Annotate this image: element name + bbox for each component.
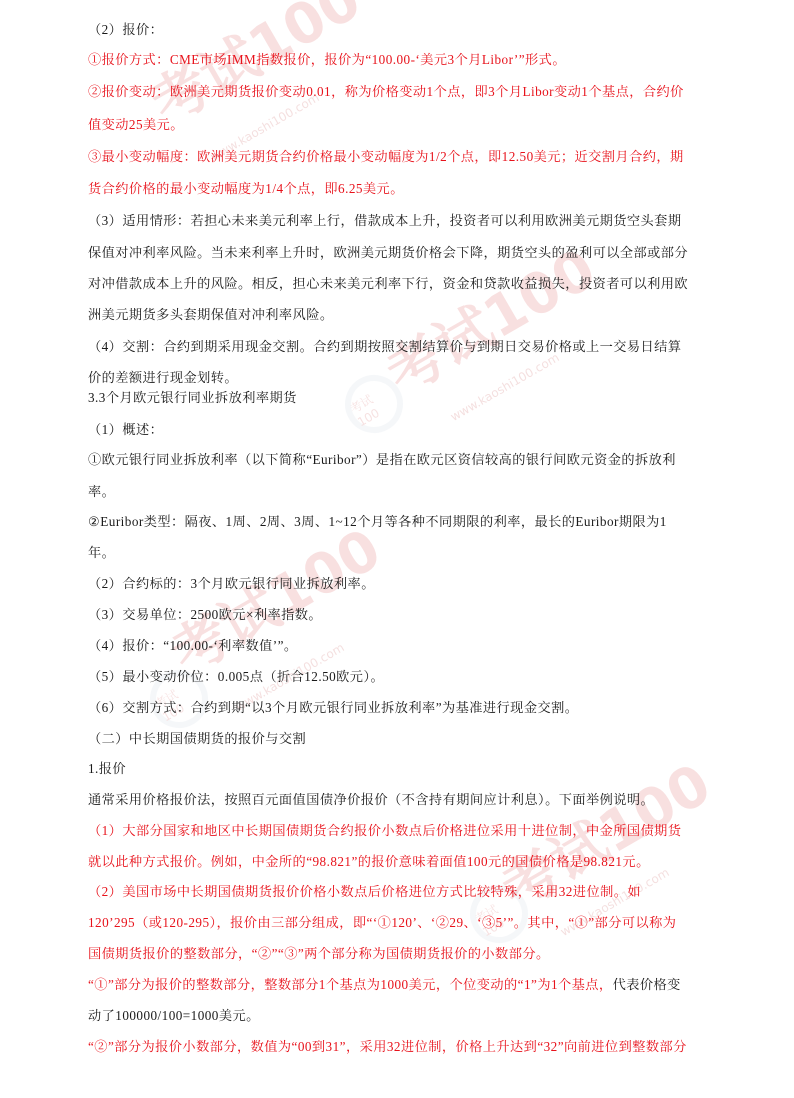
text-line: 120’295（或120-295），报价由三部分组成，即“‘①120’、‘②29… xyxy=(88,914,728,932)
text-line: （1）大部分国家和地区中长期国债期货合约报价小数点后价格进位采用十进位制，中金所… xyxy=(88,822,728,840)
text-line: 就以此种方式报价。例如，中金所的“98.821”的报价意味着面值100元的国债价… xyxy=(88,853,728,871)
document-page: 考试100 www.kaoshi100.com 考试100 www.kaoshi… xyxy=(0,0,794,1098)
text-line: （3）适用情形：若担心未来美元利率上行，借款成本上升，投资者可以利用欧洲美元期货… xyxy=(88,212,728,230)
text-segment: 3.3个月欧元银行同业拆放利率期货 xyxy=(88,390,297,405)
text-segment: 代表价格变 xyxy=(613,977,681,992)
text-segment: （6）交割方式：合约到期“以3个月欧元银行同业拆放利率”为基准进行现金交割。 xyxy=(88,700,578,715)
text-segment: 1.报价 xyxy=(88,761,126,776)
text-line: （3）交易单位：2500欧元×利率指数。 xyxy=(88,606,728,624)
text-line: （1）概述： xyxy=(88,421,728,439)
text-line: 值变动25美元。 xyxy=(88,116,728,134)
text-line: 价的差额进行现金划转。 xyxy=(88,369,728,387)
text-line: 对冲借款成本上升的风险。相反，担心未来美元利率下行，资金和贷款收益损失，投资者可… xyxy=(88,275,728,293)
text-line: 国债期货报价的整数部分，“②”“③”两个部分称为国债期货报价的小数部分。 xyxy=(88,945,728,963)
text-segment: ②Euribor类型：隔夜、1周、2周、3周、1~12个月等各种不同期限的利率，… xyxy=(88,514,667,529)
text-segment: （1）概述： xyxy=(88,422,163,437)
text-line: （2）合约标的：3个月欧元银行同业拆放利率。 xyxy=(88,575,728,593)
text-segment: ①报价方式：CME市场IMM指数报价，报价为“100.00-‘美元3个月Libo… xyxy=(88,52,566,67)
text-segment: （3）交易单位：2500欧元×利率指数。 xyxy=(88,607,322,622)
text-segment: ③最小变动幅度：欧洲美元期货合约价格最小变动幅度为1/2个点，即12.50美元；… xyxy=(88,149,684,164)
text-segment: 动了100000/100=1000美元。 xyxy=(88,1008,260,1023)
text-segment: （2）美国市场中长期国债期货报价价格小数点后价格进位方式比较特殊，采用32进位制… xyxy=(88,884,641,899)
text-line: “②”部分为报价小数部分，数值为“00到31”，采用32进位制，价格上升达到“3… xyxy=(88,1038,728,1056)
text-segment: 就以此种方式报价。例如，中金所的“98.821”的报价意味着面值100元的国债价… xyxy=(88,854,650,869)
text-line: ②报价变动：欧洲美元期货报价变动0.01，称为价格变动1个点，即3个月Libor… xyxy=(88,83,728,101)
text-line: ②Euribor类型：隔夜、1周、2周、3周、1~12个月等各种不同期限的利率，… xyxy=(88,513,728,531)
text-line: ③最小变动幅度：欧洲美元期货合约价格最小变动幅度为1/2个点，即12.50美元；… xyxy=(88,148,728,166)
text-segment: （4）报价：“100.00-‘利率数值’”。 xyxy=(88,638,298,653)
text-line: （6）交割方式：合约到期“以3个月欧元银行同业拆放利率”为基准进行现金交割。 xyxy=(88,699,728,717)
text-segment: （二）中长期国债期货的报价与交割 xyxy=(88,731,306,746)
text-segment: （2）合约标的：3个月欧元银行同业拆放利率。 xyxy=(88,576,375,591)
text-segment: 率。 xyxy=(88,484,115,499)
text-line: （2）美国市场中长期国债期货报价价格小数点后价格进位方式比较特殊，采用32进位制… xyxy=(88,883,728,901)
text-segment: ②报价变动：欧洲美元期货报价变动0.01，称为价格变动1个点，即3个月Libor… xyxy=(88,84,684,99)
text-line: 率。 xyxy=(88,483,728,501)
text-segment: ①欧元银行同业拆放利率（以下简称“Euribor”）是指在欧元区资信较高的银行间… xyxy=(88,452,676,467)
text-segment: 洲美元期货多头套期保值对冲利率风险。 xyxy=(88,307,333,322)
text-segment: 对冲借款成本上升的风险。相反，担心未来美元利率下行，资金和贷款收益损失，投资者可… xyxy=(88,276,688,291)
text-segment: 货合约价格的最小变动幅度为1/4个点，即6.25美元。 xyxy=(88,181,404,196)
watermark-text: 考试100 xyxy=(155,506,393,690)
text-segment: “②”部分为报价小数部分，数值为“00到31”，采用32进位制，价格上升达到“3… xyxy=(88,1039,687,1054)
text-line: （二）中长期国债期货的报价与交割 xyxy=(88,730,728,748)
text-line: 年。 xyxy=(88,544,728,562)
text-segment: 价的差额进行现金划转。 xyxy=(88,370,238,385)
text-segment: 120’295（或120-295），报价由三部分组成，即“‘①120’、‘②29… xyxy=(88,915,676,930)
text-segment: （3）适用情形：若担心未来美元利率上行，借款成本上升，投资者可以利用欧洲美元期货… xyxy=(88,213,681,228)
text-segment: （5）最小变动价位：0.005点（折合12.50欧元）。 xyxy=(88,669,384,684)
text-segment: 保值对冲利率风险。当未来利率上升时，欧洲美元期货价格会下降，期货空头的盈利可以全… xyxy=(88,245,688,260)
text-segment: （4）交割：合约到期采用现金交割。合约到期按照交割结算价与到期日交易价格或上一交… xyxy=(88,339,681,354)
text-segment: 国债期货报价的整数部分，“②”“③”两个部分称为国债期货报价的小数部分。 xyxy=(88,946,550,961)
text-line: （4）交割：合约到期采用现金交割。合约到期按照交割结算价与到期日交易价格或上一交… xyxy=(88,338,728,356)
text-line: 3.3个月欧元银行同业拆放利率期货 xyxy=(88,389,728,407)
text-line: 保值对冲利率风险。当未来利率上升时，欧洲美元期货价格会下降，期货空头的盈利可以全… xyxy=(88,244,728,262)
text-line: 货合约价格的最小变动幅度为1/4个点，即6.25美元。 xyxy=(88,180,728,198)
text-line: （2）报价： xyxy=(88,21,728,39)
text-line: 1.报价 xyxy=(88,760,728,778)
text-line: 洲美元期货多头套期保值对冲利率风险。 xyxy=(88,306,728,324)
text-segment: 年。 xyxy=(88,545,115,560)
text-line: ①欧元银行同业拆放利率（以下简称“Euribor”）是指在欧元区资信较高的银行间… xyxy=(88,451,728,469)
text-segment: （2）报价： xyxy=(88,22,163,37)
text-segment: 通常采用价格报价法，按照百元面值国债净价报价（不含持有期间应计利息）。下面举例说… xyxy=(88,792,654,807)
text-line: （4）报价：“100.00-‘利率数值’”。 xyxy=(88,637,728,655)
text-line: （5）最小变动价位：0.005点（折合12.50欧元）。 xyxy=(88,668,728,686)
text-segment: “①”部分为报价的整数部分，整数部分1个基点为1000美元，个位变动的“1”为1… xyxy=(88,977,613,992)
text-segment: （1）大部分国家和地区中长期国债期货合约报价小数点后价格进位采用十进位制，中金所… xyxy=(88,823,681,838)
text-segment: 值变动25美元。 xyxy=(88,117,184,132)
text-line: ①报价方式：CME市场IMM指数报价，报价为“100.00-‘美元3个月Libo… xyxy=(88,51,728,69)
text-line: 通常采用价格报价法，按照百元面值国债净价报价（不含持有期间应计利息）。下面举例说… xyxy=(88,791,728,809)
text-line: “①”部分为报价的整数部分，整数部分1个基点为1000美元，个位变动的“1”为1… xyxy=(88,976,728,994)
text-line: 动了100000/100=1000美元。 xyxy=(88,1007,728,1025)
